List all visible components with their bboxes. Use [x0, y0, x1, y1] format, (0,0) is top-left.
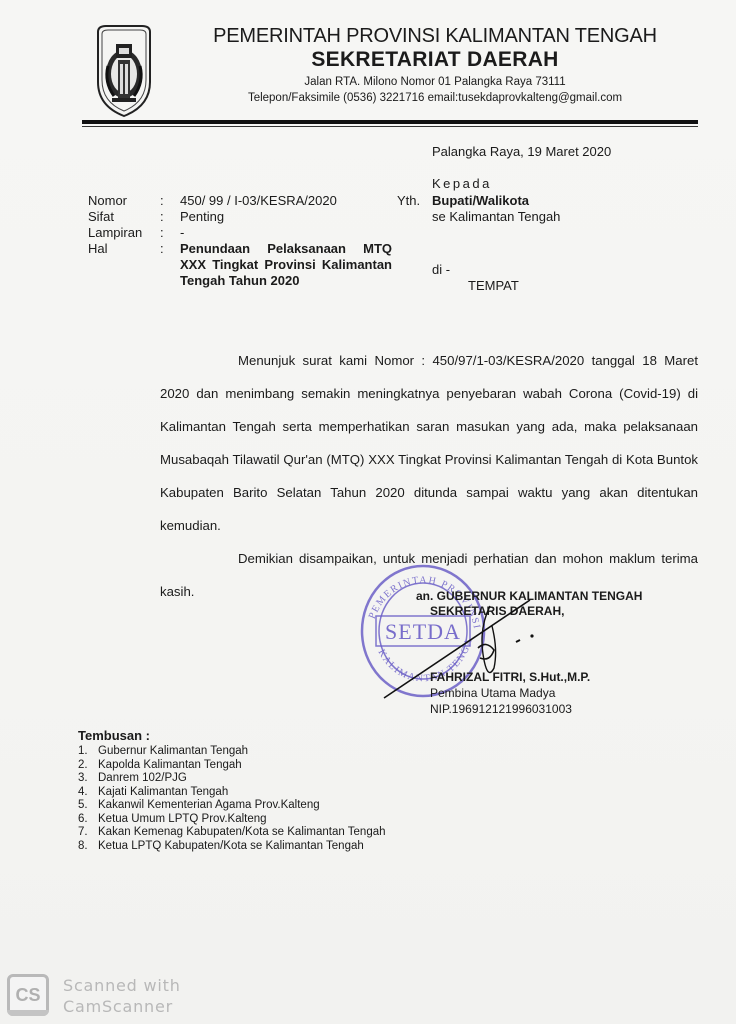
- signer-rank: Pembina Utama Madya: [430, 685, 590, 701]
- subject-value: Penundaan Pelaksanaan MTQ XXX Tingkat Pr…: [180, 241, 392, 289]
- meta-label: Nomor: [88, 193, 160, 209]
- meta-colon: :: [160, 209, 180, 225]
- signer-details: FAHRIZAL FITRI, S.Hut.,M.P. Pembina Utam…: [430, 669, 590, 717]
- tembusan-text: Kapolda Kalimantan Tengah: [98, 759, 242, 773]
- camscanner-logo-icon: CS: [7, 974, 49, 1016]
- meta-colon: :: [160, 241, 180, 289]
- recipient: Bupati/Walikota se Kalimantan Tengah: [432, 193, 560, 225]
- recipient-region: se Kalimantan Tengah: [432, 209, 560, 225]
- signer-nip: NIP.196912121996031003: [430, 701, 590, 717]
- letterhead: PEMERINTAH PROVINSI KALIMANTAN TENGAH SE…: [170, 24, 700, 106]
- camscanner-watermark: Scanned with CamScanner: [63, 975, 181, 1017]
- letter-page: PEMERINTAH PROVINSI KALIMANTAN TENGAH SE…: [0, 0, 736, 1024]
- tembusan-number: 7.: [78, 826, 98, 840]
- coat-of-arms-icon: [92, 22, 156, 118]
- letterhead-office: SEKRETARIAT DAERAH: [170, 48, 700, 72]
- tembusan-number: 1.: [78, 745, 98, 759]
- tembusan-text: Ketua LPTQ Kabupaten/Kota se Kalimantan …: [98, 840, 364, 854]
- meta-lampiran: Lampiran : -: [88, 225, 392, 241]
- letterhead-government: PEMERINTAH PROVINSI KALIMANTAN TENGAH: [170, 24, 700, 48]
- tembusan-text: Danrem 102/PJG: [98, 772, 187, 786]
- letterhead-divider: [82, 120, 698, 124]
- tembusan-number: 8.: [78, 840, 98, 854]
- tembusan-title: Tembusan :: [78, 728, 386, 743]
- letter-date: Palangka Raya, 19 Maret 2020: [432, 144, 611, 159]
- tembusan-text: Kakanwil Kementerian Agama Prov.Kalteng: [98, 799, 320, 813]
- tembusan-item: 1.Gubernur Kalimantan Tengah: [78, 745, 386, 759]
- tembusan-section: Tembusan : 1.Gubernur Kalimantan Tengah2…: [78, 728, 386, 853]
- recipient-name: Bupati/Walikota: [432, 193, 560, 209]
- tembusan-number: 3.: [78, 772, 98, 786]
- meta-hal: Hal : Penundaan Pelaksanaan MTQ XXX Ting…: [88, 241, 392, 289]
- tembusan-number: 5.: [78, 799, 98, 813]
- meta-label: Sifat: [88, 209, 160, 225]
- meta-label: Lampiran: [88, 225, 160, 241]
- meta-sifat: Sifat : Penting: [88, 209, 392, 225]
- di-label: di -: [432, 262, 450, 277]
- letter-meta: Nomor : 450/ 99 / I-03/KESRA/2020 Sifat …: [88, 193, 392, 289]
- meta-colon: :: [160, 225, 180, 241]
- yth-label: Yth.: [397, 193, 420, 208]
- tembusan-item: 3.Danrem 102/PJG: [78, 772, 386, 786]
- meta-value: -: [180, 225, 392, 241]
- tembusan-item: 4.Kajati Kalimantan Tengah: [78, 786, 386, 800]
- watermark-line1: Scanned with: [63, 975, 181, 996]
- tembusan-item: 6.Ketua Umum LPTQ Prov.Kalteng: [78, 813, 386, 827]
- tembusan-text: Kakan Kemenag Kabupaten/Kota se Kalimant…: [98, 826, 386, 840]
- meta-value: Penting: [180, 209, 392, 225]
- meta-value: 450/ 99 / I-03/KESRA/2020: [180, 193, 392, 209]
- tembusan-text: Ketua Umum LPTQ Prov.Kalteng: [98, 813, 267, 827]
- meta-label: Hal: [88, 241, 160, 289]
- tembusan-text: Gubernur Kalimantan Tengah: [98, 745, 248, 759]
- tempat-label: TEMPAT: [468, 278, 519, 293]
- letterhead-divider-thin: [82, 126, 698, 127]
- body-paragraph: Menunjuk surat kami Nomor : 450/97/1-03/…: [160, 344, 698, 542]
- watermark-line2: CamScanner: [63, 996, 181, 1017]
- tembusan-item: 7.Kakan Kemenag Kabupaten/Kota se Kalima…: [78, 826, 386, 840]
- tembusan-text: Kajati Kalimantan Tengah: [98, 786, 228, 800]
- meta-nomor: Nomor : 450/ 99 / I-03/KESRA/2020: [88, 193, 392, 209]
- tembusan-number: 4.: [78, 786, 98, 800]
- kepada-label: Kepada: [432, 176, 492, 191]
- letterhead-address: Jalan RTA. Milono Nomor 01 Palangka Raya…: [170, 74, 700, 91]
- tembusan-item: 2.Kapolda Kalimantan Tengah: [78, 759, 386, 773]
- tembusan-number: 6.: [78, 813, 98, 827]
- letterhead-contact: Telepon/Faksimile (0536) 3221716 email:t…: [170, 91, 700, 106]
- tembusan-item: 5.Kakanwil Kementerian Agama Prov.Kalten…: [78, 799, 386, 813]
- tembusan-list: 1.Gubernur Kalimantan Tengah2.Kapolda Ka…: [78, 745, 386, 853]
- signer-name: FAHRIZAL FITRI, S.Hut.,M.P.: [430, 669, 590, 685]
- meta-colon: :: [160, 193, 180, 209]
- tembusan-item: 8.Ketua LPTQ Kabupaten/Kota se Kalimanta…: [78, 840, 386, 854]
- tembusan-number: 2.: [78, 759, 98, 773]
